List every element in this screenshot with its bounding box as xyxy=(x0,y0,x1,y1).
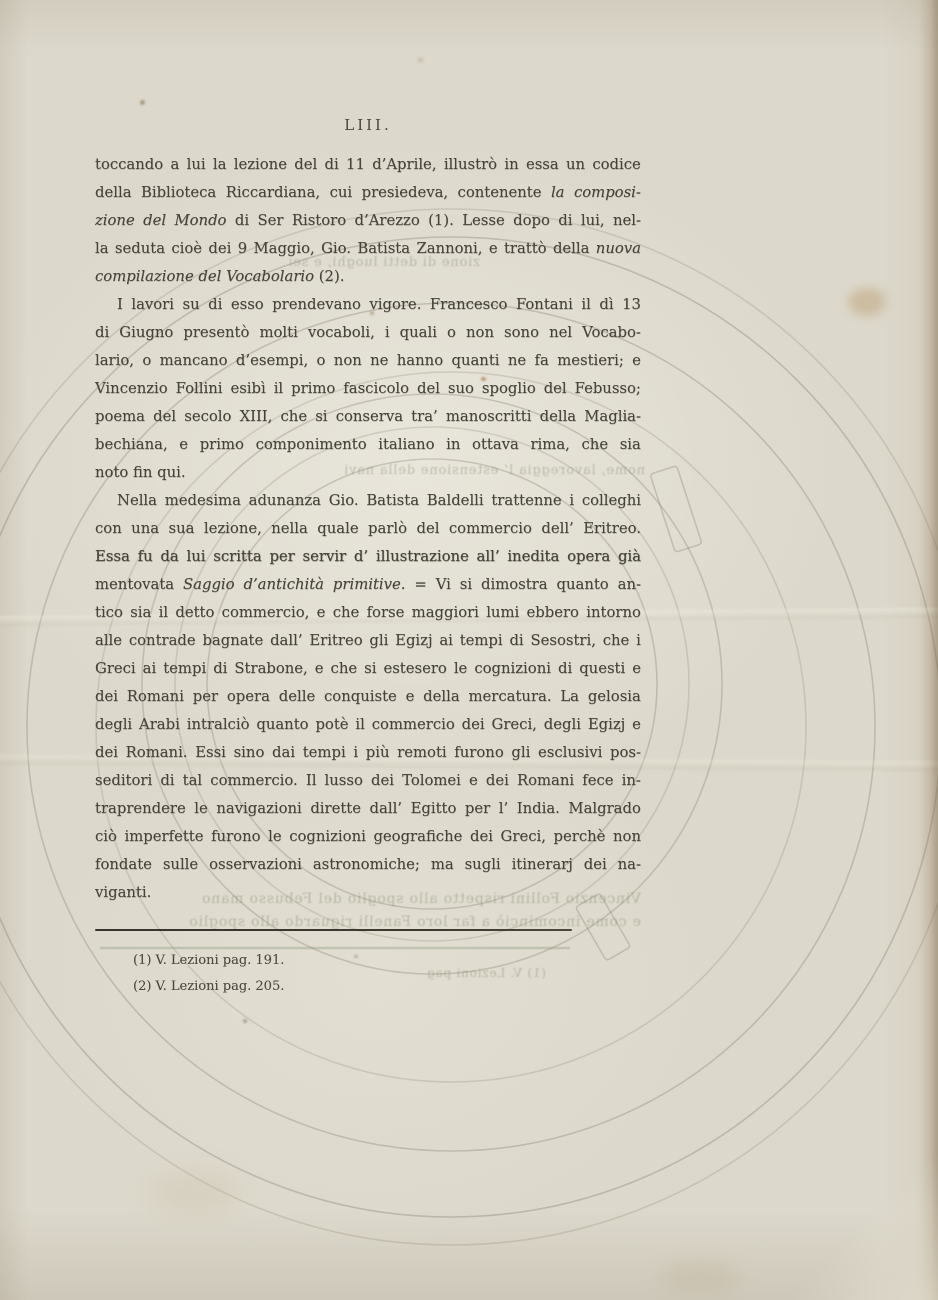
text-line: diGiugnopresentòmoltivocaboli,iqualionon… xyxy=(95,324,641,352)
text-line: conunasualezione,nellaqualeparlòdelcomme… xyxy=(95,520,641,548)
text-line: Essafudaluiscrittaperservird’illustrazio… xyxy=(95,548,641,576)
footnote: (2) V. Lezioni pag. 205. xyxy=(133,974,284,1000)
text-line: dellaBibliotecaRiccardiana,cuipresiedeva… xyxy=(95,184,641,212)
paper-stain xyxy=(243,1019,247,1023)
corner-fold-highlight xyxy=(758,1150,938,1300)
bleedthrough-text: e come incominciò a far loro Fanelli rig… xyxy=(95,914,641,930)
paper-stain xyxy=(354,955,358,958)
paper-stain xyxy=(848,288,886,316)
paper-stain xyxy=(140,100,145,105)
text-line: degliArabiintralciòquantopotèilcommercio… xyxy=(95,716,641,744)
footnote: (1) V. Lezioni pag. 191. xyxy=(133,948,284,974)
text-line: zionedelMondodiSerRistorod’Arezzo(1).Les… xyxy=(95,212,641,240)
text-line: Ilavorisudiessoprendevanovigore.Francesc… xyxy=(95,296,641,324)
text-line: seditoriditalcommercio.IllussodeiTolomei… xyxy=(95,772,641,800)
footnote-rule xyxy=(95,929,572,931)
text-line: viganti. xyxy=(95,884,641,912)
text-line: lario,omancanod’esempi,ononnehannoquanti… xyxy=(95,352,641,380)
text-line: ciòimperfettefuronolecognizionigeografic… xyxy=(95,828,641,856)
page-deckle-edge xyxy=(920,0,938,1300)
paper-stain xyxy=(150,1170,240,1214)
text-line: NellamedesimaadunanzaGio.BatistaBaldelli… xyxy=(95,492,641,520)
text-line: ticosiaildettocommercio,echeforsemaggior… xyxy=(95,604,641,632)
footnotes: (1) V. Lezioni pag. 191.(2) V. Lezioni p… xyxy=(133,948,284,1000)
text-line: fondatesulleosservazioniastronomiche;mas… xyxy=(95,856,641,884)
text-line: compilazione del Vocabolario (2). xyxy=(95,268,641,296)
text-line: allecontradebagnatedall’EritreogliEgizja… xyxy=(95,632,641,660)
stamp-plaque xyxy=(650,466,702,553)
text-line: GreciaitempidiStrabone,echesiesteserolec… xyxy=(95,660,641,688)
text-line: poemadelsecoloXIII,chesiconservatra’mano… xyxy=(95,408,641,436)
text-line: noto fin qui. xyxy=(95,464,641,492)
text-line: mentovataSaggiod’antichitàprimitive.=Vis… xyxy=(95,576,641,604)
text-line: toccandoaluilalezionedeldi11d’Aprile,ill… xyxy=(95,156,641,184)
page-number-roman: LIII. xyxy=(95,116,641,134)
text-line: deiRomaniperoperadelleconquisteedellamer… xyxy=(95,688,641,716)
scanned-book-page: zione di detti luoghi, e sembranome, lav… xyxy=(0,0,938,1300)
bleedthrough-text: (1) V. Lezioni pag. 225. xyxy=(428,966,546,980)
body-text: toccandoaluilalezionedeldi11d’Aprile,ill… xyxy=(95,156,641,912)
paper-stain xyxy=(660,1260,740,1294)
text-line: bechiana,eprimocomponimentoitalianoinott… xyxy=(95,436,641,464)
text-line: lasedutacioèdei9Maggio,Gio.BatistaZannon… xyxy=(95,240,641,268)
text-line: deiRomani.Essisinodaitempiipiùremotifuro… xyxy=(95,744,641,772)
text-line: traprenderelenavigazionidirettedall’Egit… xyxy=(95,800,641,828)
text-line: VincenzioFolliniesibìilprimofascicolodel… xyxy=(95,380,641,408)
paper-stain xyxy=(418,58,423,62)
